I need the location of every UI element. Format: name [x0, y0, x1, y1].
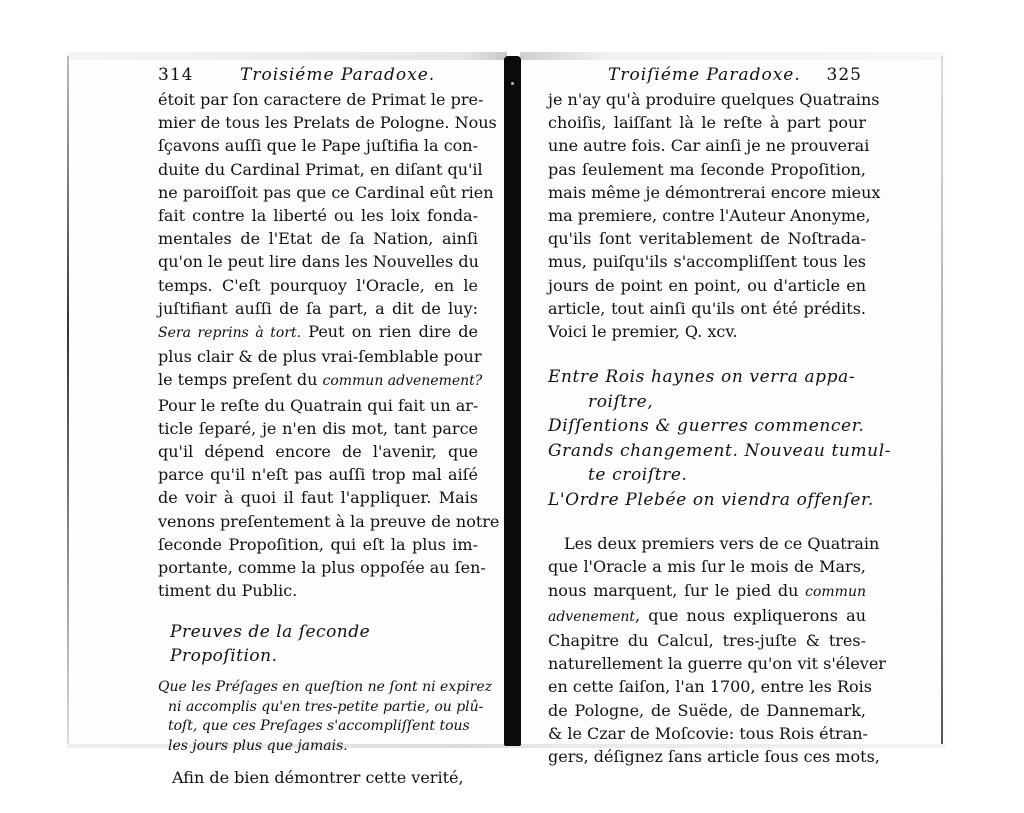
text-line: & le Czar de Moſcovie: tous Rois étran- [548, 722, 866, 745]
text-line: qu'il dépend encore de l'avenir, que [158, 440, 478, 463]
text-line: Voici le premier, Q. xcv. [548, 320, 866, 343]
text-line: temps. C'eſt pourquoy l'Oracle, en le [158, 274, 478, 297]
text-line: juſtifiant auſſi de ſa part, a dit de lu… [158, 297, 478, 320]
text-line: advenement, que nous expliquerons au [548, 604, 866, 629]
right-page-edge [941, 56, 943, 746]
text-line: fait contre la liberté ou les loix fonda… [158, 204, 478, 227]
running-head: Troiſiéme Paradoxe. 325 [548, 64, 866, 88]
text-line: timent du Public. [158, 579, 478, 602]
running-title: Troiſiéme Paradoxe. [608, 64, 801, 86]
text-line: Afin de bien démontrer cette verité, [158, 766, 478, 789]
section-summary: Que les Préſages en queſtion ne ſont ni … [158, 678, 478, 756]
quatrain-line: te croiſtre. [548, 463, 866, 488]
text-line: en cette ſaiſon, l'an 1700, entre les Ro… [548, 675, 866, 698]
page-number: 325 [827, 64, 862, 86]
summary-line: les jours plus que jamais. [158, 737, 478, 757]
text-line: ſeconde Propoſition, qui eſt la plus im- [158, 533, 478, 556]
text-line: duite du Cardinal Primat, en diſant qu'i… [158, 158, 478, 181]
section-heading: Preuves de la ſeconde Propoſition. [170, 620, 478, 668]
text-line: Les deux premiers vers de ce Quatrain [548, 532, 866, 555]
text-line: une autre fois. Car ainſi je ne prouvera… [548, 134, 866, 157]
text-line: article, tout ainſi qu'ils ont été prédi… [548, 297, 866, 320]
text-line: naturellement la guerre qu'on vit s'élev… [548, 652, 866, 675]
text-line: Sera reprins à tort. Peut on rien dire d… [158, 320, 478, 345]
book-gutter [504, 56, 521, 746]
italic-phrase: advenement [548, 609, 635, 625]
commentary-paragraph: Les deux premiers vers de ce Quatrain qu… [548, 532, 866, 768]
body-text: étoit par ſon caractere de Primat le pre… [158, 88, 478, 602]
text-line: étoit par ſon caractere de Primat le pre… [158, 88, 478, 111]
quatrain-line: Diſſentions & guerres commencer. [548, 414, 866, 439]
text-line: nous marquent, ſur le pied du commun [548, 579, 866, 604]
text-line: mais même je démontrerai encore mieux [548, 181, 866, 204]
text-line: de voir à quoi il faut l'appliquer. Mais [158, 486, 478, 509]
text-line: venons preſentement à la preuve de notre [158, 510, 478, 533]
text-line: je n'ay qu'à produire quelques Quatrains [548, 88, 866, 111]
text-line: plus clair & de plus vrai-ſemblable pour [158, 345, 478, 368]
summary-line: Que les Préſages en queſtion ne ſont ni … [158, 678, 478, 698]
running-head: 314 Troisiéme Paradoxe. [158, 64, 478, 88]
text-span: nous marquent, ſur le pied du [548, 581, 805, 600]
page-top-shadow-left [67, 52, 507, 60]
text-line: gers, déſignez ſans article ſous ces mot… [548, 745, 866, 768]
quatrain: Entre Rois haynes on verra appa- roiſtre… [548, 365, 866, 512]
text-line: ticle ſeparé, je n'en dis mot, tant parc… [158, 417, 478, 440]
text-line: mentales de l'Etat de ſa Nation, ainſi [158, 227, 478, 250]
quatrain-line: Grands changement. Nouveau tumul- [548, 439, 866, 464]
text-line: mier de tous les Prelats de Pologne. Nou… [158, 111, 478, 134]
page-number: 314 [158, 64, 193, 86]
text-span: Peut on rien dire de [301, 322, 478, 341]
left-page-edge [67, 56, 69, 746]
text-line: pas ſeulement ma ſeconde Propoſition, [548, 158, 866, 181]
text-line: qu'on le peut lire dans les Nouvelles du [158, 250, 478, 273]
text-line: ne paroiſſoit pas que ce Cardinal eût ri… [158, 181, 478, 204]
right-page: Troiſiéme Paradoxe. 325 je n'ay qu'à pro… [548, 64, 866, 768]
running-title: Troisiéme Paradoxe. [240, 64, 435, 86]
text-line: choiſis, laiſſant là le reſte à part pou… [548, 111, 866, 134]
text-line: Pour le reſte du Quatrain qui fait un ar… [158, 394, 478, 417]
text-line: parce qu'il n'eſt pas auſſi trop mal aiſ… [158, 463, 478, 486]
text-line: Chapitre du Calcul, tres-juſte & tres- [548, 629, 866, 652]
italic-phrase: commun [805, 584, 866, 600]
summary-line: toſt, que ces Preſages s'accompliſſent t… [158, 717, 478, 737]
quatrain-line: L'Ordre Plebée on viendra offenſer. [548, 488, 866, 513]
left-page: 314 Troisiéme Paradoxe. étoit par ſon ca… [158, 64, 478, 790]
text-line: ma premiere, contre l'Auteur Anonyme, [548, 204, 866, 227]
text-line: jours de point en point, ou d'article en [548, 274, 866, 297]
text-line: mus, puiſqu'ils s'accompliſſent tous les [548, 250, 866, 273]
quatrain-line: Entre Rois haynes on verra appa- [548, 365, 866, 390]
text-line: portante, comme la plus oppoſée au ſen- [158, 556, 478, 579]
summary-line: ni accomplis qu'en tres-petite partie, o… [158, 698, 478, 718]
body-text: je n'ay qu'à produire quelques Quatrains… [548, 88, 866, 343]
quoted-prophecy: Sera reprins à tort. [158, 325, 301, 341]
italic-phrase: commun advenement? [322, 373, 482, 389]
text-line: qu'ils ſont veritablement de Noſtrada- [548, 227, 866, 250]
text-line: ſçavons auſſi que le Pape juſtifia la co… [158, 134, 478, 157]
text-span: le temps preſent du [158, 370, 322, 389]
page-top-shadow-right [520, 52, 945, 60]
text-line: de Pologne, de Suëde, de Dannemark, [548, 699, 866, 722]
text-span: , que nous expliquerons au [635, 606, 866, 625]
text-line: le temps preſent du commun advenement? [158, 368, 478, 393]
text-line: que l'Oracle a mis ſur le mois de Mars, [548, 555, 866, 578]
quatrain-line: roiſtre, [548, 390, 866, 415]
